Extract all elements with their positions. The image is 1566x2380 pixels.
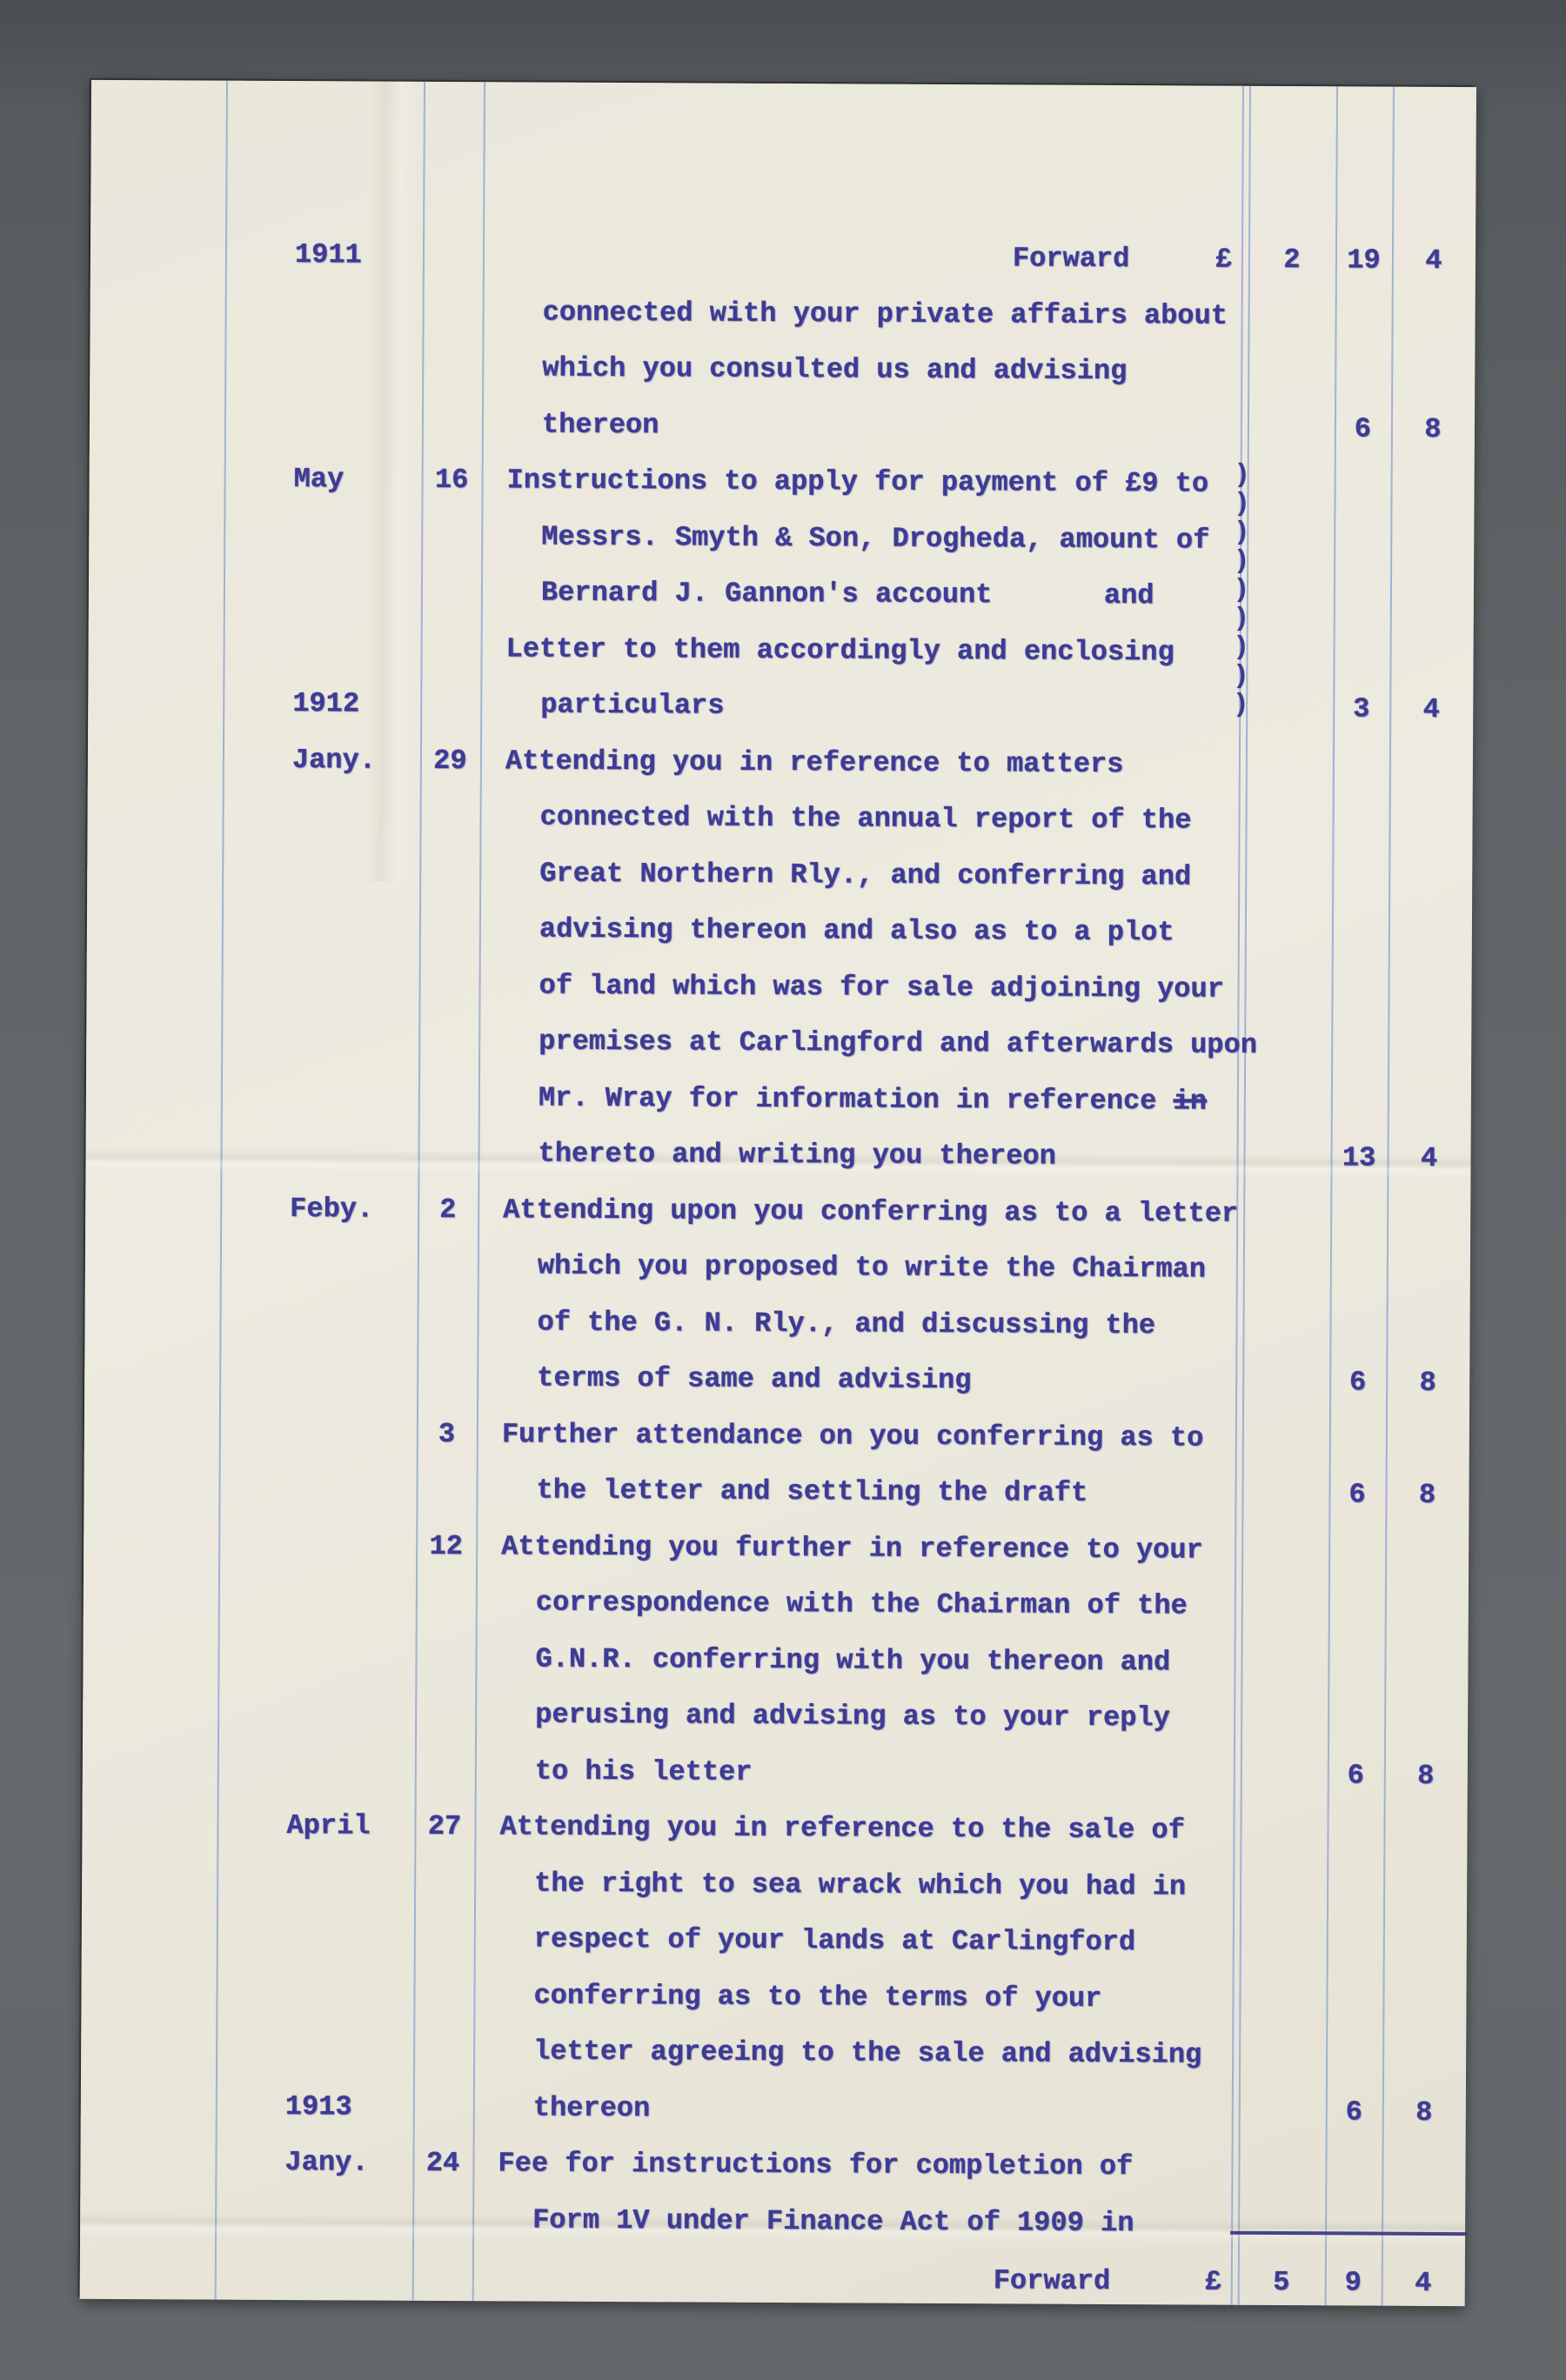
table-row: 1912particulars34 xyxy=(88,684,1473,729)
amount-pence: 8 xyxy=(1384,1756,1468,1795)
amount-shillings: 6 xyxy=(1328,1475,1385,1514)
row-description: Mr. Wray for information in reference in xyxy=(539,1079,1207,1120)
table-row: Jany.24Fee for instructions for completi… xyxy=(80,2143,1465,2188)
amount-pence: 8 xyxy=(1386,1364,1469,1403)
row-description: Attending you further in reference to yo… xyxy=(501,1528,1203,1569)
amount-pence: 4 xyxy=(1389,691,1473,730)
table-row: 12Attending you further in reference to … xyxy=(84,1525,1469,1570)
row-description: of the G. N. Rly., and discussing the xyxy=(537,1303,1155,1345)
table-row: G.N.R. conferring with you thereon and xyxy=(83,1637,1468,1682)
amount-shillings: 9 xyxy=(1325,2263,1382,2302)
table-row: Mr. Wray for information in reference in xyxy=(86,1076,1471,1121)
table-row: advising thereon and also as to a plot xyxy=(87,908,1472,953)
table-row: April27Attending you in reference to the… xyxy=(82,1806,1467,1851)
row-day: 27 xyxy=(414,1808,474,1846)
row-date: 1911 xyxy=(295,236,362,274)
table-row: 3Further attendance on you conferring as… xyxy=(84,1413,1469,1458)
amount-pence: 4 xyxy=(1387,1140,1470,1179)
row-description: which you proposed to write the Chairman xyxy=(538,1247,1206,1289)
table-row: 1911 xyxy=(90,235,1476,280)
photo-background: Forward £ 2 19 4 ) ) ) ) ) ) ) ) ) 1911c… xyxy=(0,0,1566,2380)
row-description: particulars xyxy=(540,686,724,725)
table-row: conferring as to the terms of your xyxy=(81,1974,1466,2019)
row-description: the letter and settling the draft xyxy=(536,1472,1087,1513)
table-row: which you consulted us and advising xyxy=(90,347,1475,392)
table-row: respect of your lands at Carlingford xyxy=(82,1918,1467,1963)
row-day: 12 xyxy=(416,1527,476,1565)
row-description: thereon xyxy=(533,2089,651,2128)
struck-word: in xyxy=(1174,1085,1208,1117)
table-row: thereon68 xyxy=(90,403,1475,448)
row-description: Letter to them accordingly and enclosing xyxy=(505,630,1174,672)
row-description: Great Northern Rly., and conferring and xyxy=(539,854,1191,896)
row-description: correspondence with the Chairman of the xyxy=(536,1584,1188,1626)
table-row: of the G. N. Rly., and discussing the xyxy=(84,1300,1469,1346)
document-page: Forward £ 2 19 4 ) ) ) ) ) ) ) ) ) 1911c… xyxy=(80,80,1476,2306)
row-description: to his letter xyxy=(535,1752,753,1791)
table-row: terms of same and advising68 xyxy=(84,1357,1469,1402)
table-row: Form 1V under Finance Act of 1909 in xyxy=(80,2198,1465,2243)
row-description: terms of same and advising xyxy=(537,1360,972,1401)
row-day: 16 xyxy=(421,461,481,499)
amount-pence: 8 xyxy=(1382,2093,1466,2132)
row-description: connected with the annual report of the xyxy=(539,799,1191,840)
forward-label: Forward xyxy=(994,2262,1111,2301)
row-date: 1913 xyxy=(285,2088,352,2126)
row-day: 29 xyxy=(420,741,480,779)
table-row: to his letter68 xyxy=(83,1749,1468,1795)
row-day: 24 xyxy=(412,2144,472,2183)
row-date: May xyxy=(293,460,344,498)
table-row: the letter and settling the draft68 xyxy=(84,1469,1469,1514)
row-description: the right to sea wrack which you had in xyxy=(534,1864,1186,1906)
row-description: Attending you in reference to matters xyxy=(505,742,1124,784)
row-description: Attending upon you conferring as to a le… xyxy=(503,1191,1238,1233)
amount-pence: 8 xyxy=(1385,1476,1469,1515)
table-row: Jany.29Attending you in reference to mat… xyxy=(88,739,1473,785)
amount-pence: 8 xyxy=(1391,410,1475,449)
amount-shillings: 3 xyxy=(1333,690,1389,728)
entries-area: 1911connected with your private affairs … xyxy=(91,80,1476,87)
row-description: G.N.R. conferring with you thereon and xyxy=(535,1640,1170,1681)
row-description: Bernard J. Gannon's account xyxy=(541,574,993,615)
row-description: conferring as to the terms of your xyxy=(533,1976,1101,2017)
table-row: Feby.2Attending upon you conferring as t… xyxy=(85,1188,1470,1233)
amount-shillings: 6 xyxy=(1329,1363,1386,1401)
row-date: April xyxy=(286,1807,370,1846)
row-description: Messrs. Smyth & Son, Drogheda, amount of xyxy=(541,518,1209,559)
table-row: Messrs. Smyth & Son, Drogheda, amount of xyxy=(89,515,1474,560)
amount-shillings: 6 xyxy=(1326,2093,1382,2131)
amount-shillings: 6 xyxy=(1328,1756,1384,1795)
row-description: letter agreeing to the sale and advising xyxy=(533,2033,1201,2075)
row-description-tail: and xyxy=(1104,577,1154,615)
amount-pence: 4 xyxy=(1382,2264,1465,2303)
table-row: Great Northern Rly., and conferring and xyxy=(87,852,1472,897)
table-row: the right to sea wrack which you had in xyxy=(82,1862,1467,1907)
table-row: premises at Carlingford and afterwards u… xyxy=(86,1020,1471,1066)
table-row: May16Instructions to apply for payment o… xyxy=(89,459,1474,505)
row-description: Form 1V under Finance Act of 1909 in xyxy=(532,2201,1134,2243)
table-row: Letter to them accordingly and enclosing xyxy=(88,627,1473,672)
row-date: 1912 xyxy=(292,685,359,723)
table-row: 1913thereon68 xyxy=(81,2086,1466,2131)
row-description: advising thereon and also as to a plot xyxy=(539,911,1174,953)
row-date: Jany. xyxy=(284,2143,368,2183)
row-description: perusing and advising as to your reply xyxy=(535,1696,1170,1738)
row-description: of land which was for sale adjoining you… xyxy=(539,966,1224,1008)
forward-bottom-row: Forward £ 5 9 4 xyxy=(80,2257,1465,2303)
table-row: connected with the annual report of the xyxy=(87,796,1472,841)
table-row: connected with your private affairs abou… xyxy=(90,291,1476,336)
pound-sign: £ xyxy=(1205,2263,1221,2302)
row-day: 2 xyxy=(418,1190,478,1228)
row-date: Jany. xyxy=(292,741,376,780)
row-description: Further attendance on you conferring as … xyxy=(502,1415,1204,1457)
amount-pounds: 5 xyxy=(1238,2263,1325,2303)
table-row: correspondence with the Chairman of the xyxy=(84,1581,1469,1627)
table-row: of land which was for sale adjoining you… xyxy=(86,964,1471,1009)
row-description: Instructions to apply for payment of £9 … xyxy=(506,461,1208,503)
table-row: thereto and writing you thereon134 xyxy=(85,1133,1470,1178)
row-description: which you consulted us and advising xyxy=(542,350,1127,391)
amount-shillings: 6 xyxy=(1335,410,1391,448)
row-description: respect of your lands at Carlingford xyxy=(534,1921,1136,1962)
row-description: thereon xyxy=(542,405,659,445)
amount-shillings: 13 xyxy=(1330,1139,1387,1177)
table-row: which you proposed to write the Chairman xyxy=(85,1245,1470,1290)
table-row: Bernard J. Gannon's accountand xyxy=(89,572,1474,617)
table-row: letter agreeing to the sale and advising xyxy=(81,2030,1466,2076)
row-description: Fee for instructions for completion of xyxy=(498,2144,1133,2186)
row-day: 3 xyxy=(417,1414,477,1453)
row-description: premises at Carlingford and afterwards u… xyxy=(539,1023,1257,1065)
row-date: Feby. xyxy=(290,1190,373,1229)
row-description: connected with your private affairs abou… xyxy=(543,293,1228,335)
row-description: thereto and writing you thereon xyxy=(538,1135,1056,1176)
table-row: perusing and advising as to your reply xyxy=(83,1694,1468,1739)
row-description: Attending you in reference to the sale o… xyxy=(499,1808,1185,1849)
